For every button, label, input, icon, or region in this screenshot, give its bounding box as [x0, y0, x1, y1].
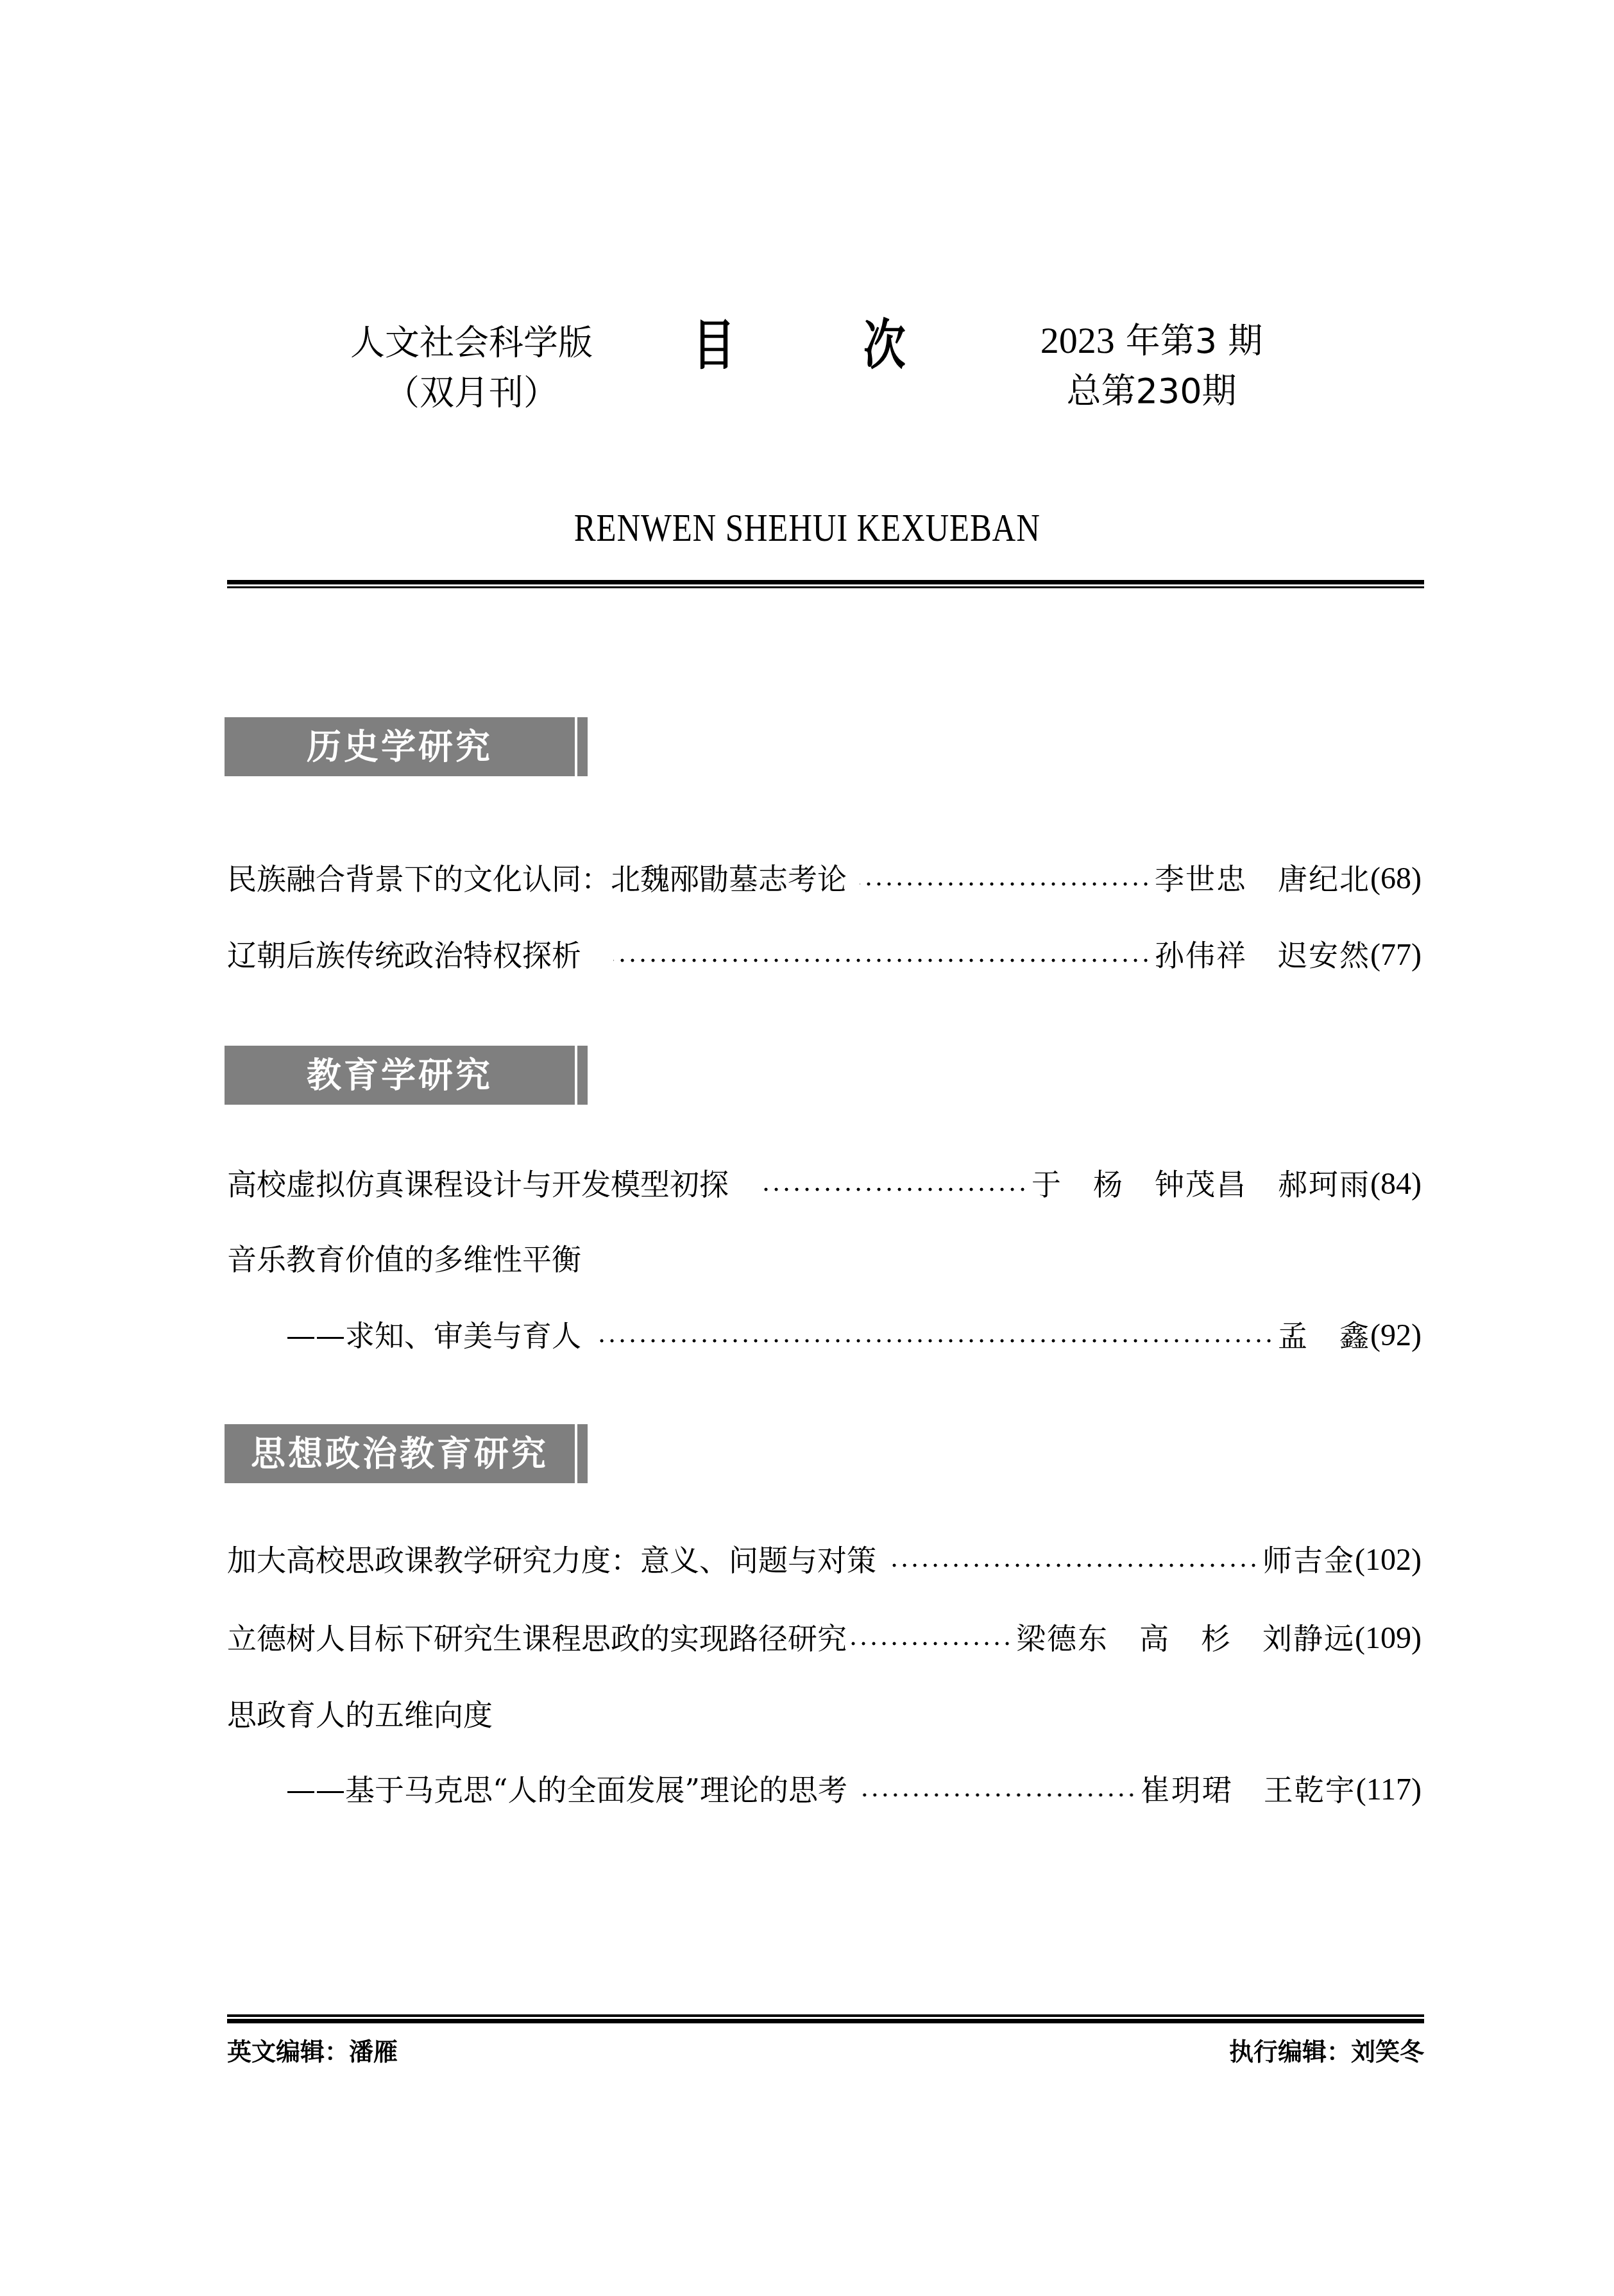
article-authors: 于 杨 钟茂昌 郝珂雨	[1032, 1162, 1370, 1207]
toc-entry-title-line[interactable]: 思政育人的五维向度	[227, 1692, 1422, 1737]
leader-dots	[613, 933, 1151, 978]
english-title-text: RENWEN SHEHUI KEXUEBAN	[574, 506, 1041, 550]
article-subtitle: ——基于马克思“人的全面发展”理论的思考	[286, 1767, 847, 1812]
footer-rule-thin	[227, 2014, 1424, 2017]
total-issue: 总第230期	[1001, 366, 1302, 416]
edition-label: 人文社会科学版	[321, 318, 622, 368]
article-title: 辽朝后族传统政治特权探析	[227, 933, 581, 978]
section-heading: 思想政治教育研究	[225, 1424, 575, 1483]
section-heading: 历史学研究	[225, 717, 575, 776]
toc-entry-subtitle-line[interactable]: ——基于马克思“人的全面发展”理论的思考 崔玥珺 王乾宇 (117)	[286, 1767, 1422, 1812]
page-number: (102)	[1355, 1538, 1422, 1583]
section-header-history: 历史学研究	[225, 717, 588, 776]
section-heading-bar	[577, 717, 588, 776]
toc-title-char-1: 目	[693, 314, 735, 376]
toc-entry[interactable]: 民族融合背景下的文化认同：北魏邴勖墓志考论 李世忠 唐纪北 (68)	[227, 856, 1422, 901]
article-authors: 师吉金	[1262, 1538, 1355, 1583]
article-authors: 孙伟祥 迟安然	[1155, 933, 1370, 978]
article-subtitle: ——求知、审美与育人	[286, 1313, 581, 1358]
toc-entry[interactable]: 高校虚拟仿真课程设计与开发模型初探 于 杨 钟茂昌 郝珂雨 (84)	[227, 1162, 1422, 1207]
header-rule-thin	[227, 586, 1424, 588]
leader-dots	[889, 1538, 1259, 1583]
article-authors: 梁德东 高 杉 刘静远	[1016, 1616, 1355, 1661]
section-header-ideological-political-education: 思想政治教育研究	[225, 1424, 588, 1483]
toc-title-char-2: 次	[863, 314, 906, 376]
article-title: 立德树人目标下研究生课程思政的实现路径研究	[227, 1616, 847, 1661]
header-rule-thick	[227, 580, 1424, 584]
article-authors: 李世忠 唐纪北	[1155, 856, 1370, 901]
article-authors: 崔玥珺 王乾宇	[1141, 1767, 1356, 1812]
issue-year: 2023	[1041, 319, 1115, 361]
article-title: 音乐教育价值的多维性平衡	[227, 1237, 581, 1282]
toc-entry[interactable]: 辽朝后族传统政治特权探析 孙伟祥 迟安然 (77)	[227, 933, 1422, 978]
page-number: (117)	[1356, 1767, 1422, 1812]
leader-dots	[851, 1616, 1012, 1661]
toc-entry[interactable]: 加大高校思政课教学研究力度：意义、问题与对策 师吉金 (102)	[227, 1538, 1422, 1583]
issue-info: 2023 年第3 期 总第230期	[1001, 316, 1302, 416]
toc-entry-title-line[interactable]: 音乐教育价值的多维性平衡	[227, 1237, 1422, 1282]
article-authors: 孟 鑫	[1278, 1313, 1370, 1358]
leader-dots	[860, 1767, 1137, 1812]
leader-dots	[761, 1162, 1028, 1207]
page-number: (77)	[1370, 933, 1422, 978]
page-number: (68)	[1370, 856, 1422, 901]
article-title: 高校虚拟仿真课程设计与开发模型初探	[227, 1162, 729, 1207]
article-title: 民族融合背景下的文化认同：北魏邴勖墓志考论	[227, 856, 847, 901]
section-header-education: 教育学研究	[225, 1046, 588, 1105]
section-heading-bar	[577, 1046, 588, 1105]
section-heading: 教育学研究	[225, 1046, 575, 1105]
leader-dots	[594, 1313, 1274, 1358]
journal-edition: 人文社会科学版 （双月刊）	[321, 318, 622, 418]
page-number: (109)	[1355, 1616, 1422, 1661]
issue-rest: 年第3 期	[1115, 321, 1263, 361]
executive-editor: 执行编辑：刘笑冬	[1229, 2034, 1424, 2070]
issue-number: 2023 年第3 期	[1001, 316, 1302, 366]
footer-rule-thick	[227, 2019, 1424, 2023]
article-title: 加大高校思政课教学研究力度：意义、问题与对策	[227, 1538, 876, 1583]
toc-entry-subtitle-line[interactable]: ——求知、审美与育人 孟 鑫 (92)	[286, 1313, 1422, 1358]
page-number: (92)	[1370, 1313, 1422, 1358]
page-number: (84)	[1370, 1162, 1422, 1207]
english-title: RENWEN SHEHUI KEXUEBAN	[0, 506, 1614, 550]
toc-entry[interactable]: 立德树人目标下研究生课程思政的实现路径研究 梁德东 高 杉 刘静远 (109)	[227, 1616, 1422, 1661]
section-heading-bar	[577, 1424, 588, 1483]
english-editor: 英文编辑：潘雁	[227, 2034, 398, 2070]
frequency-label: （双月刊）	[321, 368, 622, 418]
leader-dots	[860, 856, 1151, 901]
article-title: 思政育人的五维向度	[227, 1692, 493, 1737]
